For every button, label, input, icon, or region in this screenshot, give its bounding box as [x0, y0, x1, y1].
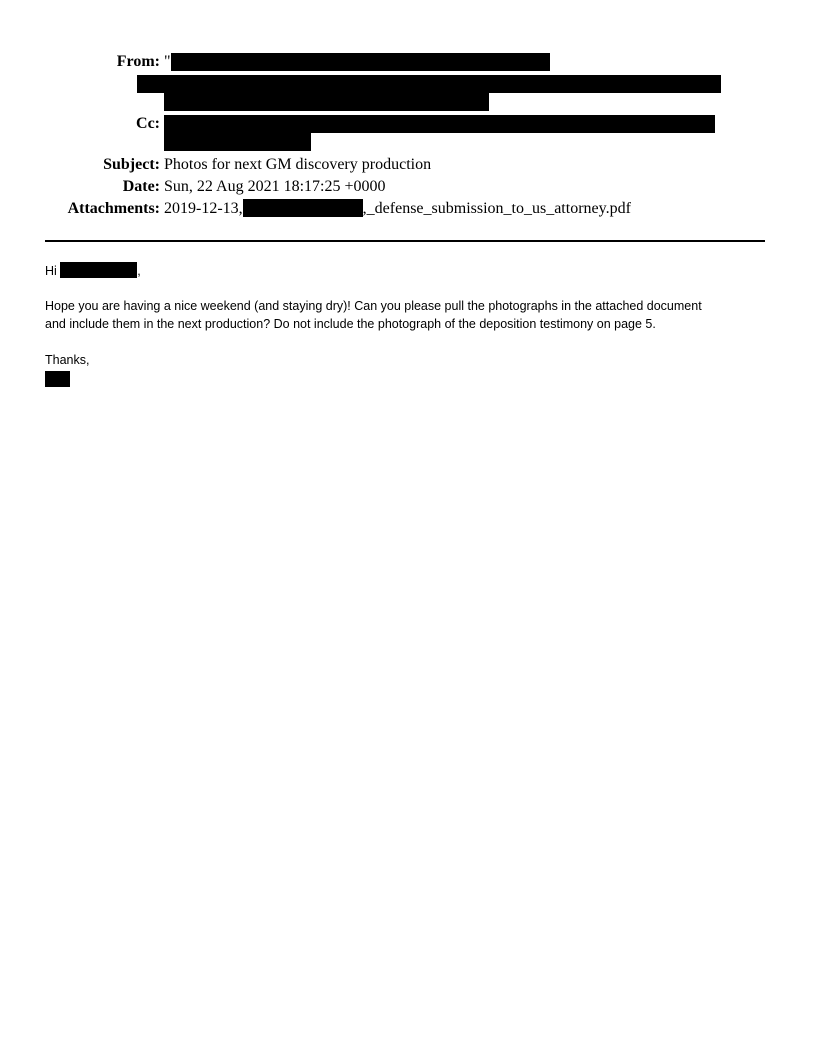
from-redaction-2 — [137, 75, 721, 93]
date-value: Sun, 22 Aug 2021 18:17:25 +0000 — [164, 177, 385, 197]
from-redaction-3 — [164, 93, 489, 111]
attachment-redaction — [243, 199, 363, 217]
message-line-1: Hope you are having a nice weekend (and … — [45, 297, 702, 315]
recipient-name-redaction — [60, 262, 137, 278]
subject-label: Subject: — [0, 155, 160, 175]
attachments-label: Attachments: — [0, 199, 160, 219]
date-label: Date: — [0, 177, 160, 197]
attachment-name-prefix: 2019-12-13, — [164, 200, 243, 217]
closing: Thanks, — [45, 351, 89, 369]
attachment-name-suffix: ,_defense_submission_to_us_attorney.pdf — [363, 200, 631, 217]
message-line-2: and include them in the next production?… — [45, 315, 656, 333]
from-redaction-1 — [171, 53, 550, 71]
from-value-prefix: " — [164, 52, 171, 72]
cc-redaction-1 — [164, 115, 715, 133]
cc-redaction-2 — [164, 133, 311, 151]
subject-value: Photos for next GM discovery production — [164, 155, 431, 175]
cc-label: Cc: — [0, 114, 160, 134]
attachments-value[interactable]: 2019-12-13,,_defense_submission_to_us_at… — [164, 199, 631, 219]
greeting: Hi , — [45, 262, 141, 280]
greeting-suffix: , — [137, 264, 140, 278]
from-label: From: — [0, 52, 160, 72]
signature-redaction — [45, 371, 70, 387]
header-divider — [45, 240, 765, 242]
greeting-prefix: Hi — [45, 264, 60, 278]
